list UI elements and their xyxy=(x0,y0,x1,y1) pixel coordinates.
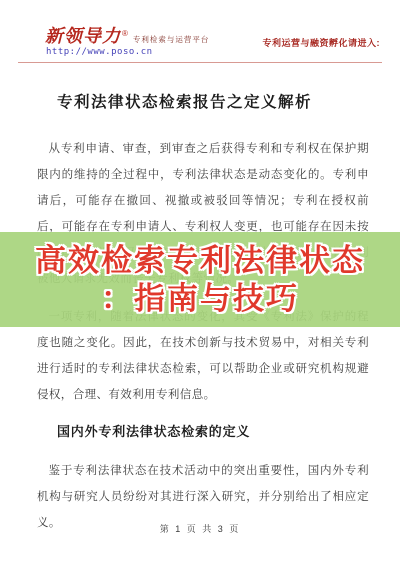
overlay-title-line1: 高效检索专利法律状态 xyxy=(35,242,365,280)
logo-tagline: 专利检索与运营平台 xyxy=(133,35,210,44)
header-divider xyxy=(18,62,382,63)
overlay-banner: 高效检索专利法律状态 ：指南与技巧 xyxy=(0,232,400,327)
document-page: 新领导力®专利检索与运营平台 http://www.poso.cn 专利运营与融… xyxy=(0,0,400,565)
article-title: 专利法律状态检索报告之定义解析 xyxy=(57,90,312,112)
overlay-title-line2: ：指南与技巧 xyxy=(101,280,299,318)
section-heading: 国内外专利法律状态检索的定义 xyxy=(57,422,369,442)
site-logo: 新领导力®专利检索与运营平台 xyxy=(45,22,209,48)
page-number: 第 1 页 共 3 页 xyxy=(0,522,400,535)
registered-trademark-icon: ® xyxy=(122,29,128,38)
article-body: 从专利申请、审查，到审查之后获得专利和专利权在保护期限内的维持的全过程中，专利法… xyxy=(37,136,369,548)
header-promo-link[interactable]: 专利运营与融资孵化请进入: xyxy=(263,36,381,49)
logo-text: 新领导力 xyxy=(45,26,121,47)
site-url-link[interactable]: http://www.poso.cn xyxy=(46,47,153,57)
